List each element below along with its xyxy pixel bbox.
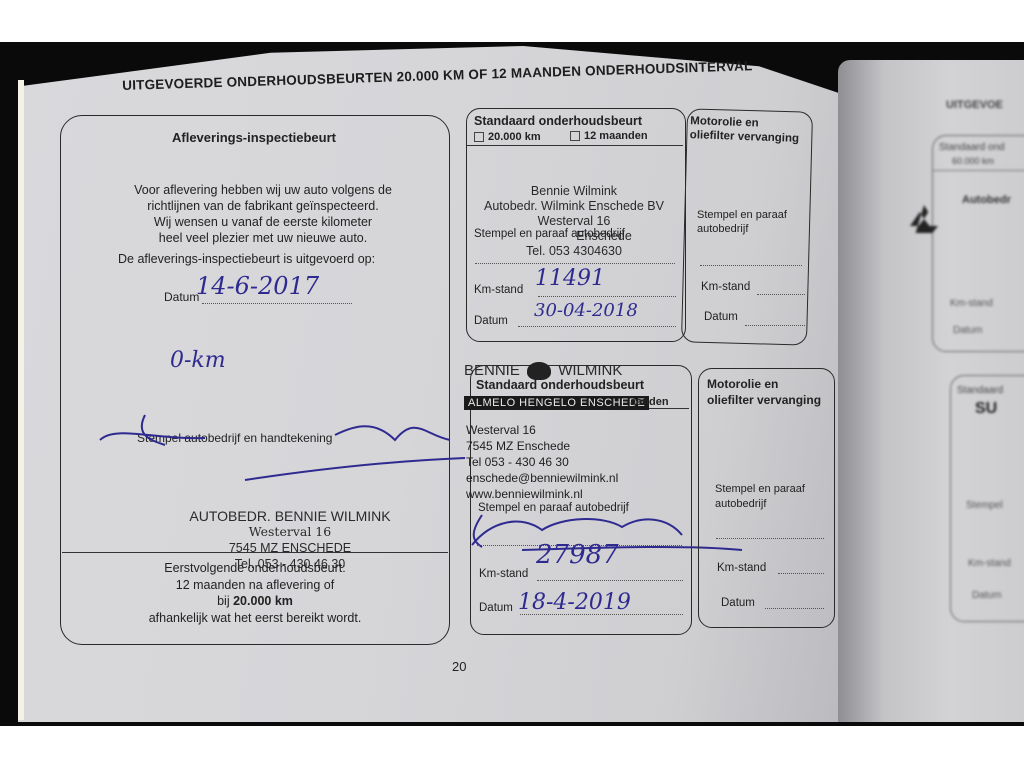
right-box2-title: Standaard	[957, 385, 1003, 396]
stamp-label-line: autobedrijf	[697, 222, 787, 236]
next-km: 20.000 km	[233, 594, 293, 608]
km-line	[537, 580, 683, 581]
service-2-stamp: Westerval 16 7545 MZ Enschede Tel 053 - …	[466, 422, 618, 502]
right-box1-km-label: Km-stand	[950, 298, 993, 309]
km-line	[538, 296, 676, 297]
checkbox-km[interactable]	[474, 132, 484, 142]
right-box-1	[932, 135, 1024, 352]
km-line	[778, 573, 824, 574]
oil-title-line: oliefilter vervanging	[707, 392, 821, 408]
signature-scribble	[95, 410, 475, 500]
stamp-line: Bennie Wilmink	[474, 184, 674, 199]
date-value: 18-4-2019	[518, 590, 631, 615]
oil-2-title: Motorolie en oliefilter vervanging	[707, 376, 821, 408]
stamp-line: Westerval 16	[466, 422, 618, 438]
km-label: Km-stand	[479, 568, 528, 580]
option-12months: 12 maanden	[570, 130, 648, 142]
right-box1-option: 60.000 km	[952, 156, 994, 166]
checkbox-months[interactable]	[570, 131, 580, 141]
page-edge	[18, 80, 24, 720]
date-value: 14-6-2017	[196, 272, 319, 300]
next-line: bij 20.000 km	[90, 593, 420, 610]
km-label: Km-stand	[474, 284, 523, 296]
stamp-line: Westerval 16	[474, 214, 674, 229]
body-line: richtlijnen van de fabrikant geïnspectee…	[108, 198, 418, 214]
oil-title-line: Motorolie en	[707, 376, 821, 392]
divider	[933, 170, 1024, 171]
page-number: 20	[452, 659, 466, 674]
right-box2-km-label: Km-stand	[968, 558, 1011, 569]
right-box2-date-label: Datum	[972, 590, 1001, 601]
date-line	[765, 608, 824, 609]
date-label: Datum	[474, 315, 508, 327]
stamp-line: Tel 053 - 430 46 30	[466, 454, 618, 470]
date-label: Datum	[479, 602, 513, 614]
date-line	[202, 303, 352, 304]
km-value: 11491	[535, 266, 605, 291]
service-1-stamp: Bennie Wilmink Autobedr. Wilmink Ensched…	[474, 184, 674, 259]
oil-1-title: Motorolie en oliefilter vervanging	[690, 114, 800, 146]
next-line: Eerstvolgende onderhoudsbeurt:	[90, 560, 420, 577]
stamp-label-line: Stempel en paraaf	[697, 208, 787, 222]
delivery-body: Voor aflevering hebben wij uw auto volge…	[108, 182, 418, 246]
stamp-line: 7545 MZ Enschede	[466, 438, 618, 454]
stamp-line	[716, 538, 824, 539]
stamp-line	[475, 263, 675, 264]
right-box1-title: Standaard ond	[939, 142, 1005, 153]
stamp-line: enschede@benniewilmink.nl	[466, 470, 618, 486]
date-line	[745, 325, 805, 326]
next-bij: bij	[217, 594, 230, 608]
next-service-text: Eerstvolgende onderhoudsbeurt: 12 maande…	[90, 560, 420, 626]
option-label: 12 maanden	[584, 130, 648, 142]
km-label: Km-stand	[717, 562, 766, 574]
option-label: 20.000 km	[488, 131, 541, 143]
stamp-line: Tel. 053 4304630	[474, 244, 674, 259]
brand-left: BENNIE	[464, 362, 520, 379]
stamp-line	[700, 265, 802, 266]
right-box1-date-label: Datum	[953, 325, 982, 336]
divider	[467, 145, 683, 146]
date-value: 30-04-2018	[534, 300, 638, 321]
km-value: 27987	[536, 540, 619, 570]
body-line: Wij wensen u vanaf de eerste kilometer	[108, 214, 418, 230]
right-box2-stamp-label: Stempel	[966, 500, 1003, 511]
next-line: afhankelijk wat het eerst bereikt wordt.	[90, 610, 420, 627]
stamp-line: 7545 MZ ENSCHEDE	[150, 540, 430, 556]
body-line: heel veel plezier met uw nieuwe auto.	[108, 230, 418, 246]
date-label: Datum	[721, 597, 755, 609]
brand-right: WILMINK	[558, 362, 622, 379]
date-line	[518, 326, 676, 327]
date-label: Datum	[164, 290, 199, 304]
km-line	[757, 294, 805, 295]
stamp-bar: ALMELO HENGELO ENSCHEDE	[464, 396, 649, 410]
service-1-title: Standaard onderhoudsbeurt	[474, 114, 642, 128]
km-label: Km-stand	[701, 281, 750, 293]
stamp-line: www.benniewilmink.nl	[466, 486, 618, 502]
performed-on-label: De afleverings-inspectiebeurt is uitgevo…	[118, 252, 375, 266]
stamp-line: Autobedr. Wilmink Enschede BV	[474, 199, 674, 214]
stamp-label: Stempel en paraaf autobedrijf	[474, 228, 625, 240]
right-box1-stamp: Autobedr	[962, 194, 1011, 206]
km-note: 0-km	[170, 348, 226, 373]
right-box2-brand: SU	[975, 400, 997, 418]
delivery-title: Afleverings-inspectiebeurt	[172, 130, 336, 145]
stamp-label-line: autobedrijf	[715, 497, 805, 512]
body-line: Voor aflevering hebben wij uw auto volge…	[108, 182, 418, 198]
next-line: 12 maanden na aflevering of	[90, 577, 420, 594]
service-2-title: Standaard onderhoudsbeurt	[476, 378, 644, 392]
stamp-line: Westerval 16	[150, 524, 430, 540]
stamp-line: AUTOBEDR. BENNIE WILMINK	[150, 508, 430, 524]
oil-2-stamp-label: Stempel en paraaf autobedrijf	[715, 482, 805, 512]
stamp-label-line: Stempel en paraaf	[715, 482, 805, 497]
date-label: Datum	[704, 311, 738, 323]
option-20000km: 20.000 km	[474, 131, 541, 143]
oil-1-stamp-label: Stempel en paraaf autobedrijf	[697, 208, 787, 236]
right-heading: UITGEVOE	[946, 99, 1003, 111]
